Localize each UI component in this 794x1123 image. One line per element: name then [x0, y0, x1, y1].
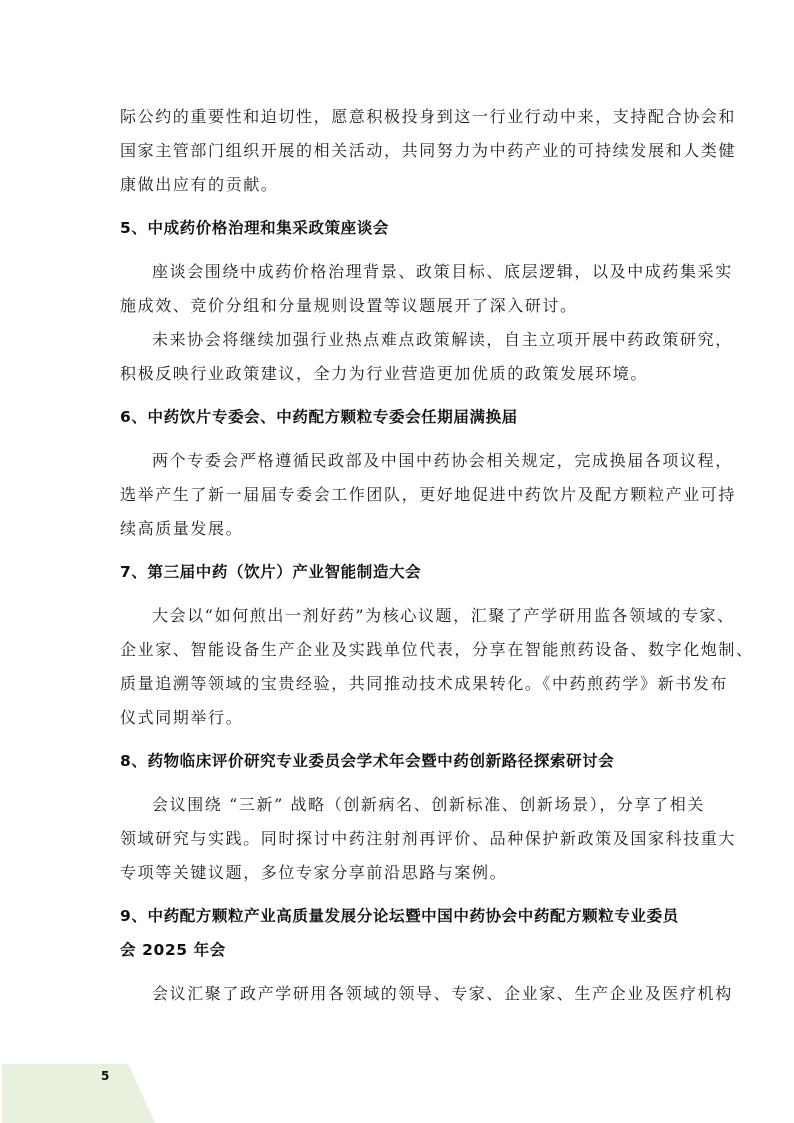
- text-line: 际公约的重要性和迫切性，愿意积极投身到这一行业行动中来，支持配合协会和: [120, 100, 676, 134]
- text-line: 施成效、竞价分组和分量规则设置等议题展开了深入研讨。: [120, 289, 676, 323]
- text-line: 未来协会将继续加强行业热点难点政策解读，自主立项开展中药政策研究，: [120, 323, 676, 357]
- page-content: 际公约的重要性和迫切性，愿意积极投身到这一行业行动中来，支持配合协会和 国家主管…: [120, 100, 676, 1011]
- section-heading-7: 7、第三届中药（饮片）产业智能制造大会: [120, 555, 676, 589]
- text-line: 续高质量发展。: [120, 512, 676, 546]
- paragraph-7: 大会以“如何煎出一剂好药”为核心议题，汇聚了产学研用监各领域的专家、 企业家、智…: [120, 599, 676, 735]
- heading-text: 7、第三届中药（饮片）产业智能制造大会: [120, 555, 676, 589]
- paragraph-9: 会议汇聚了政产学研用各领域的领导、专家、企业家、生产企业及医疗机构: [120, 977, 676, 1011]
- document-page: 际公约的重要性和迫切性，愿意积极投身到这一行业行动中来，支持配合协会和 国家主管…: [0, 0, 794, 1123]
- section-heading-6: 6、中药饮片专委会、中药配方颗粒专委会任期届满换届: [120, 400, 676, 434]
- text-line: 两个专委会严格遵循民政部及中国中药协会相关规定，完成换届各项议程，: [120, 444, 676, 478]
- section-heading-9: 9、中药配方颗粒产业高质量发展分论坛暨中国中药协会中药配方颗粒专业委员 会 20…: [120, 899, 676, 967]
- text-line: 仪式同期举行。: [120, 701, 676, 735]
- text-line: 国家主管部门组织开展的相关活动，共同努力为中药产业的可持续发展和人类健: [120, 134, 676, 168]
- text-line: 大会以“如何煎出一剂好药”为核心议题，汇聚了产学研用监各领域的专家、: [120, 599, 676, 633]
- text-line: 会议围绕 “三新” 战略（创新病名、创新标准、创新场景），分享了相关: [120, 788, 676, 822]
- paragraph-intro-continuation: 际公约的重要性和迫切性，愿意积极投身到这一行业行动中来，支持配合协会和 国家主管…: [120, 100, 676, 202]
- text-line: 领域研究与实践。同时探讨中药注射剂再评价、品种保护新政策及国家科技重大: [120, 822, 676, 856]
- heading-text: 会 2025 年会: [120, 933, 676, 967]
- section-heading-8: 8、药物临床评价研究专业委员会学术年会暨中药创新路径探索研讨会: [120, 744, 676, 778]
- paragraph-5-1: 座谈会围绕中成药价格治理背景、政策目标、底层逻辑，以及中成药集采实 施成效、竞价…: [120, 255, 676, 323]
- heading-text: 5、中成药价格治理和集采政策座谈会: [120, 211, 676, 245]
- section-heading-5: 5、中成药价格治理和集采政策座谈会: [120, 211, 676, 245]
- paragraph-5-2: 未来协会将继续加强行业热点难点政策解读，自主立项开展中药政策研究， 积极反映行业…: [120, 323, 676, 391]
- page-number: 5: [101, 1069, 109, 1083]
- text-line: 质量追溯等领域的宝贵经验，共同推动技术成果转化。《中药煎药学》新书发布: [120, 667, 676, 701]
- heading-text: 8、药物临床评价研究专业委员会学术年会暨中药创新路径探索研讨会: [120, 744, 676, 778]
- text-line: 座谈会围绕中成药价格治理背景、政策目标、底层逻辑，以及中成药集采实: [120, 255, 676, 289]
- text-line: 选举产生了新一届届专委会工作团队，更好地促进中药饮片及配方颗粒产业可持: [120, 478, 676, 512]
- paragraph-6: 两个专委会严格遵循民政部及中国中药协会相关规定，完成换届各项议程， 选举产生了新…: [120, 444, 676, 546]
- heading-text: 6、中药饮片专委会、中药配方颗粒专委会任期届满换届: [120, 400, 676, 434]
- paragraph-8: 会议围绕 “三新” 战略（创新病名、创新标准、创新场景），分享了相关 领域研究与…: [120, 788, 676, 890]
- text-line: 康做出应有的贡献。: [120, 168, 676, 202]
- text-line: 会议汇聚了政产学研用各领域的领导、专家、企业家、生产企业及医疗机构: [120, 977, 676, 1011]
- heading-text: 9、中药配方颗粒产业高质量发展分论坛暨中国中药协会中药配方颗粒专业委员: [120, 899, 676, 933]
- text-line: 积极反映行业政策建议，全力为行业营造更加优质的政策发展环境。: [120, 357, 676, 391]
- footer-accent-shape: [2, 1064, 158, 1123]
- text-line: 企业家、智能设备生产企业及实践单位代表，分享在智能煎药设备、数字化炮制、: [120, 633, 676, 667]
- text-line: 专项等关键议题，多位专家分享前沿思路与案例。: [120, 856, 676, 890]
